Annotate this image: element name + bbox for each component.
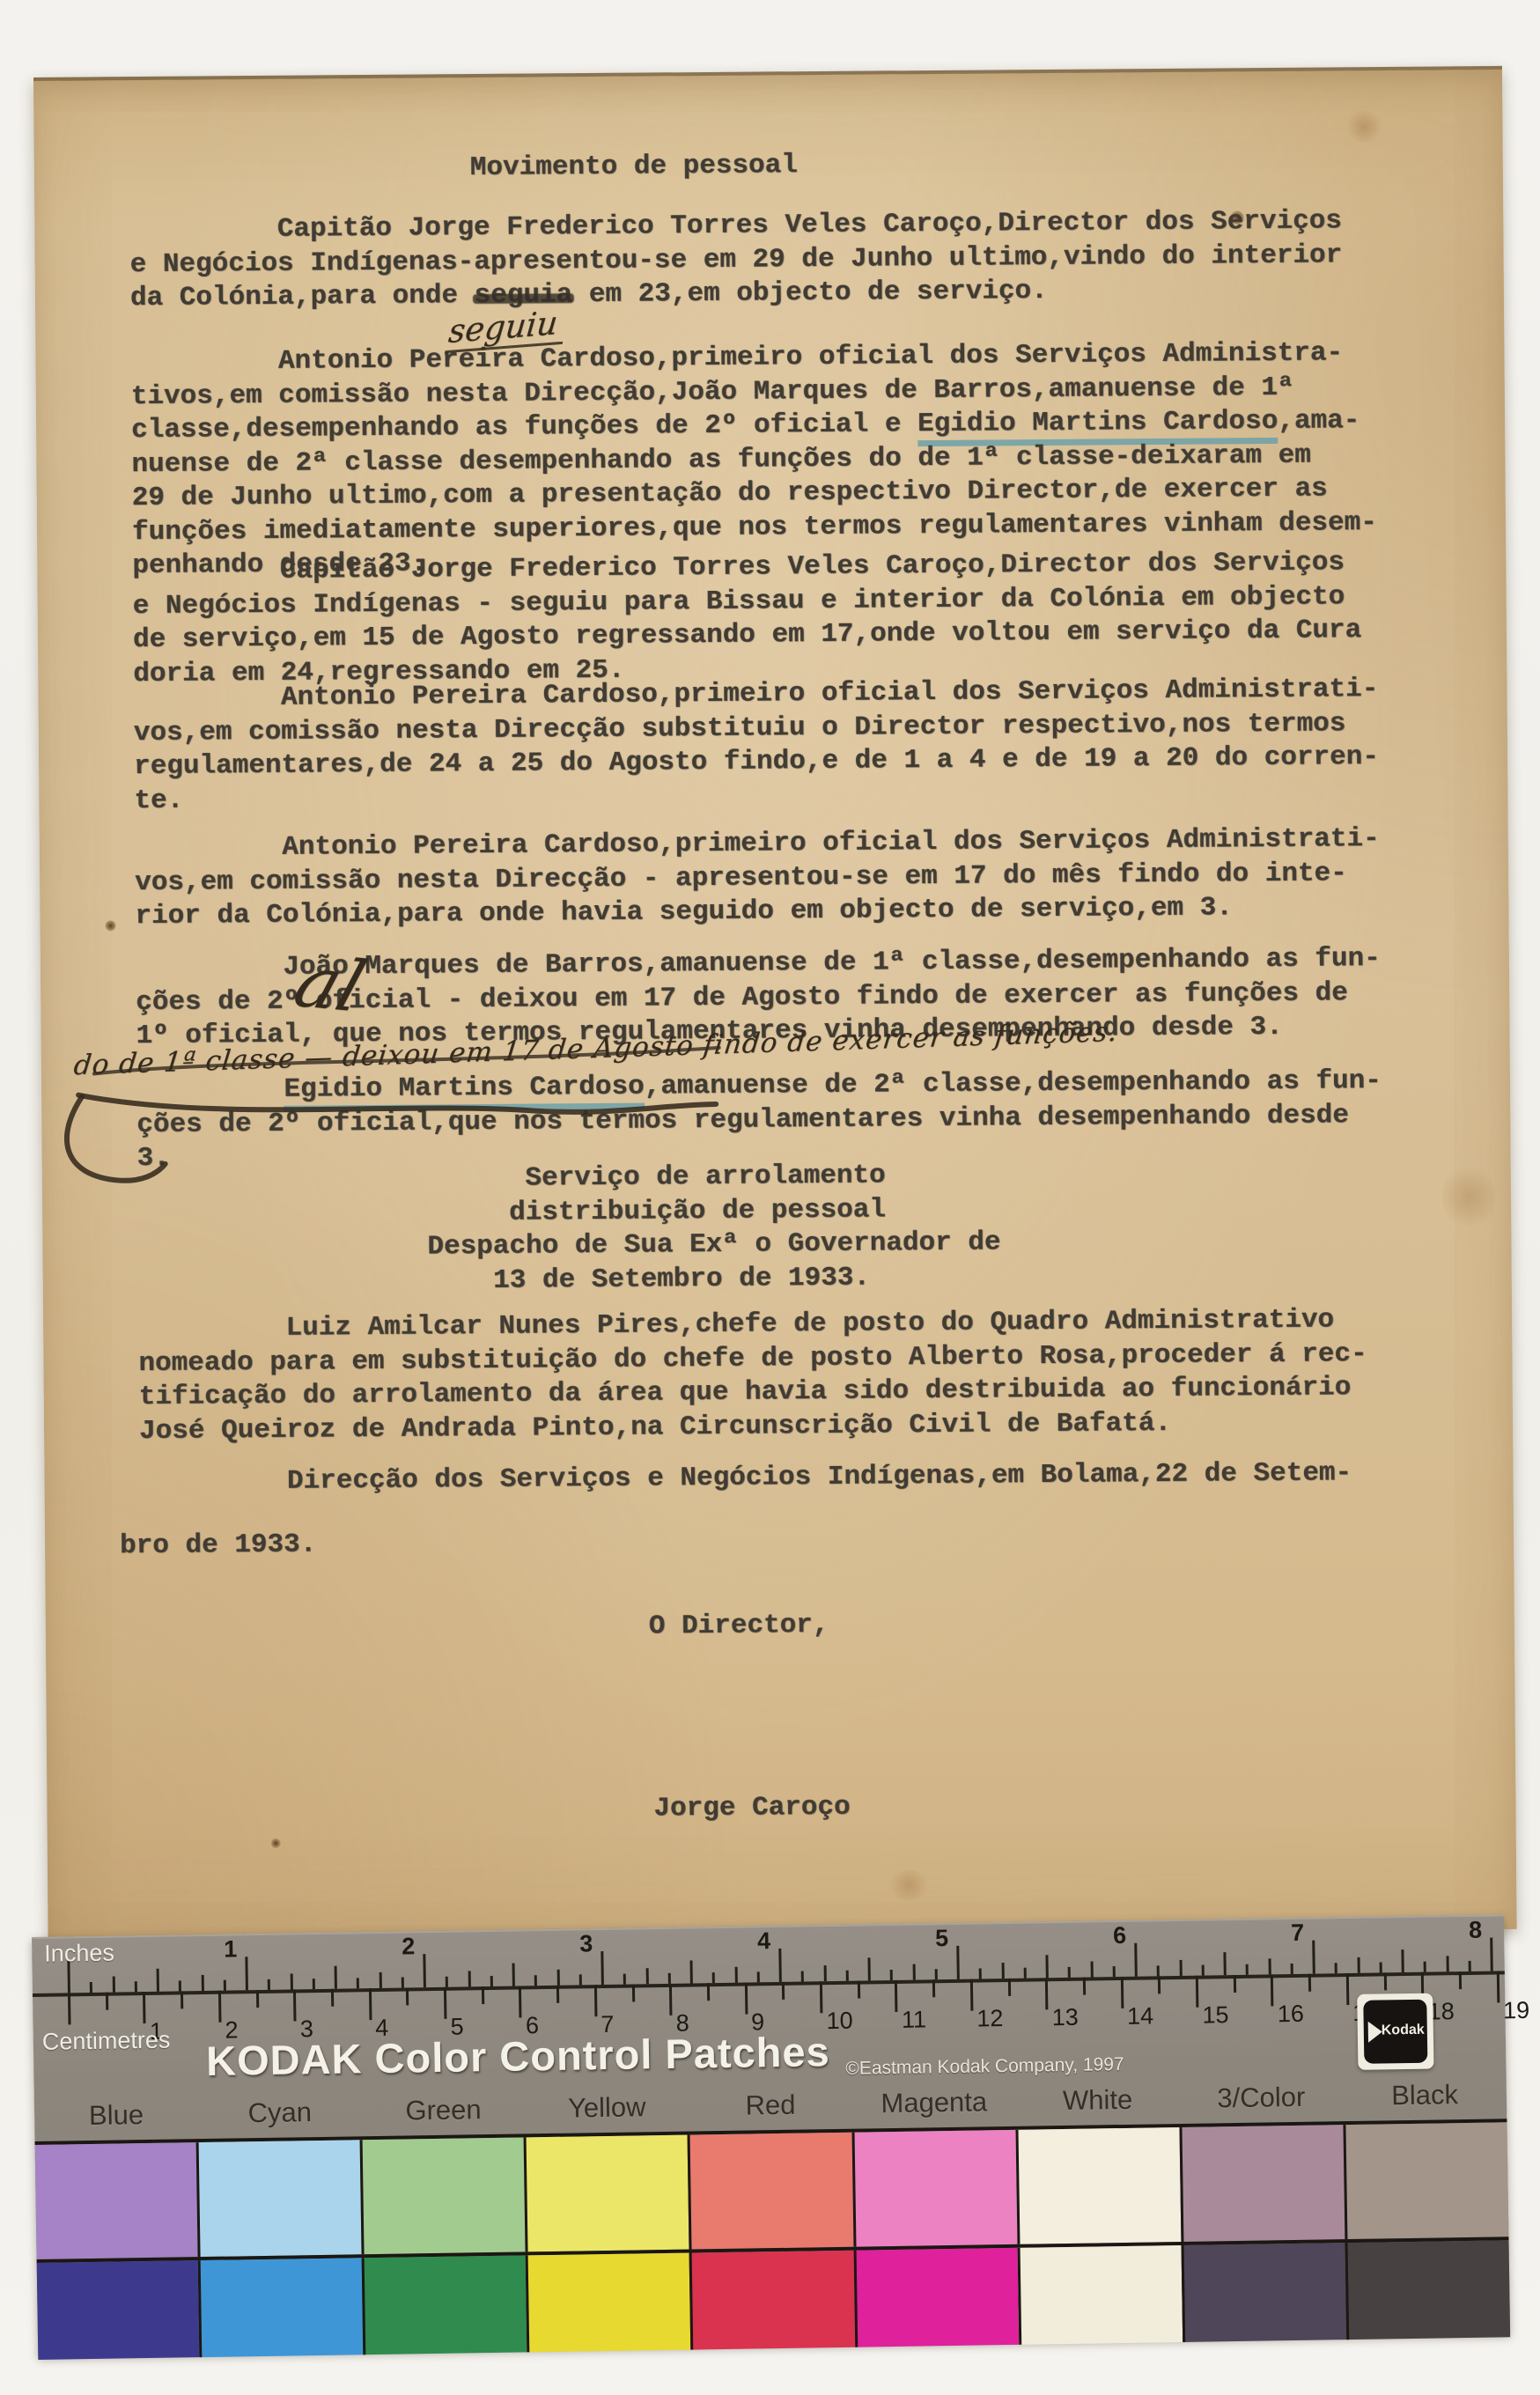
stain-mark <box>1344 111 1384 143</box>
scan-background: Movimento de pessoal Capitão Jorge Frede… <box>0 0 1540 2395</box>
closing-line: O Director, <box>649 1609 829 1644</box>
patch-label-3-color: 3/Color <box>1179 2081 1343 2124</box>
signature-typed: Jorge Caroço <box>653 1791 851 1826</box>
document-title: Movimento de pessoal <box>470 149 798 185</box>
centimetres-label: Centimetres <box>42 2027 171 2056</box>
kodak-strip-title: KODAK Color Control Patches <box>206 2027 830 2085</box>
solid-patch-8 <box>1345 2240 1510 2340</box>
stain-mark <box>886 1870 932 1900</box>
paragraph-text: em 23,em objecto de serviço. <box>572 276 1048 310</box>
kodak-logo-text: Kodak <box>1382 2023 1425 2039</box>
kodak-color-control-strip: 12345678 12345678910111213141516171819 I… <box>32 1914 1510 2356</box>
paragraph-antonio-apresentou: Antonio Pereira Cardoso,primeiro oficial… <box>135 822 1496 934</box>
patch-label-red: Red <box>689 2089 852 2132</box>
patch-label-magenta: Magenta <box>852 2086 1016 2129</box>
solid-patch-0 <box>37 2260 200 2360</box>
paragraph-capitao-apresentou: Capitão Jorge Frederico Torres Veles Car… <box>129 203 1486 316</box>
solid-patch-2 <box>362 2255 527 2354</box>
solid-patch-3 <box>526 2253 691 2353</box>
inches-label: Inches <box>44 1940 114 1968</box>
solid-patch-7 <box>1181 2243 1346 2342</box>
solid-patch-4 <box>689 2251 855 2350</box>
patch-label-black: Black <box>1343 2078 1507 2121</box>
tint-patch-0 <box>35 2142 198 2259</box>
patch-label-cyan: Cyan <box>198 2096 362 2139</box>
patch-label-yellow: Yellow <box>525 2091 689 2134</box>
kodak-logo-k-icon <box>1368 2021 1382 2042</box>
tint-patch-5 <box>851 2130 1017 2247</box>
patch-label-green: Green <box>361 2093 525 2136</box>
kodak-copyright: ©Eastman Kodak Company, 1997 <box>845 2054 1124 2080</box>
solid-patch-6 <box>1017 2245 1183 2345</box>
patch-solid-row <box>37 2237 1511 2360</box>
patch-label-white: White <box>1015 2083 1179 2126</box>
paragraph-direccao-data: Direcção dos Serviços e Negócios Indígen… <box>139 1455 1499 1500</box>
tint-patch-2 <box>360 2137 526 2254</box>
paragraph-antonio-substituiu: Antonio Pereira Cardoso,primeiro oficial… <box>133 672 1494 818</box>
patch-tint-row <box>35 2119 1509 2259</box>
kodak-logo-box: Kodak <box>1363 2000 1427 2064</box>
tint-patch-6 <box>1015 2127 1181 2244</box>
stain-mark <box>1442 1161 1496 1232</box>
tint-patch-1 <box>196 2140 362 2257</box>
patch-label-blue: Blue <box>34 2098 198 2141</box>
solid-patch-1 <box>198 2258 364 2357</box>
tint-patch-3 <box>524 2135 689 2252</box>
tint-patch-4 <box>688 2133 853 2250</box>
tint-patch-8 <box>1343 2122 1508 2239</box>
kodak-logo: Kodak <box>1357 1993 1433 2070</box>
stain-mark <box>106 920 116 931</box>
paragraph-direccao-data-cont: bro de 1933. <box>120 1529 317 1564</box>
paragraph-luiz-amilcar: Luiz Amilcar Nunes Pires,chefe de posto … <box>138 1302 1499 1448</box>
paragraph-capitao-seguiu: Capitão Jorge Frederico Torres Veles Car… <box>132 545 1493 691</box>
stain-mark <box>271 1839 281 1848</box>
paper-sheet: Movimento de pessoal Capitão Jorge Frede… <box>33 66 1517 1941</box>
solid-patch-5 <box>853 2248 1019 2347</box>
centered-despacho-block: Serviço de arrolamento distribuição de p… <box>427 1158 1001 1298</box>
paragraph-text <box>136 1074 284 1106</box>
tint-patch-7 <box>1179 2125 1345 2242</box>
